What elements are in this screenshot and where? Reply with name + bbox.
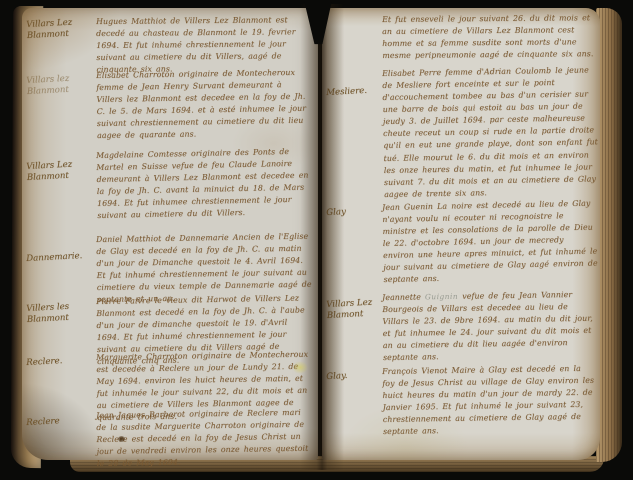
entry-body-text: Jean Jaques Barberot originaire de Recle…	[96, 407, 312, 471]
manuscript-scan-photo: Villars Lez Blanmont Hugues Matthiot de …	[0, 0, 633, 480]
entry-body-text: Et fut enseveli le jour suivant 26. du d…	[382, 12, 597, 62]
entry-body-text: Elisabet Perre femme d'Adrian Coulomb le…	[382, 64, 599, 201]
margin-place-label: Dannemarie.	[26, 251, 88, 265]
entry-body-text: Jeannette	[382, 292, 425, 302]
margin-place-label: Reclere	[26, 415, 88, 429]
ink-blot	[118, 436, 125, 442]
margin-place-label: Villars Lez Blanmont	[26, 159, 89, 184]
margin-place-label: Glay.	[326, 369, 388, 383]
margin-place-label: Villers les Blanmont	[26, 301, 89, 326]
margin-place-label: Mesliere.	[326, 85, 388, 99]
left-page: Villars Lez Blanmont Hugues Matthiot de …	[22, 8, 318, 460]
yellow-stain	[292, 361, 308, 374]
margin-place-label: Villars lez Blanmont	[26, 73, 89, 98]
entry-body-text: Jean Guenin La noire est decedé au lieu …	[382, 197, 599, 286]
entry-body-text: Magdelaine Comtesse originaire des Ponts…	[96, 145, 312, 222]
right-page: Et fut enseveli le jour suivant 26. du d…	[322, 8, 600, 460]
margin-place-label: Glay	[326, 205, 388, 219]
margin-place-label: Reclere.	[26, 355, 88, 369]
margin-place-label: Villars Lez Blamont	[326, 297, 389, 322]
entry-body-text: Jeannette Guignin vefue de feu Jean Vann…	[382, 289, 598, 365]
margin-place-label: Villars Lez Blanmont	[26, 17, 89, 42]
entry-body-text: François Vienot Maire à Glay est decedé …	[382, 363, 598, 439]
entry-body-text: Elisabet Charroton originaire de Montech…	[96, 67, 312, 143]
pencil-annotation: Guignin	[425, 292, 458, 302]
